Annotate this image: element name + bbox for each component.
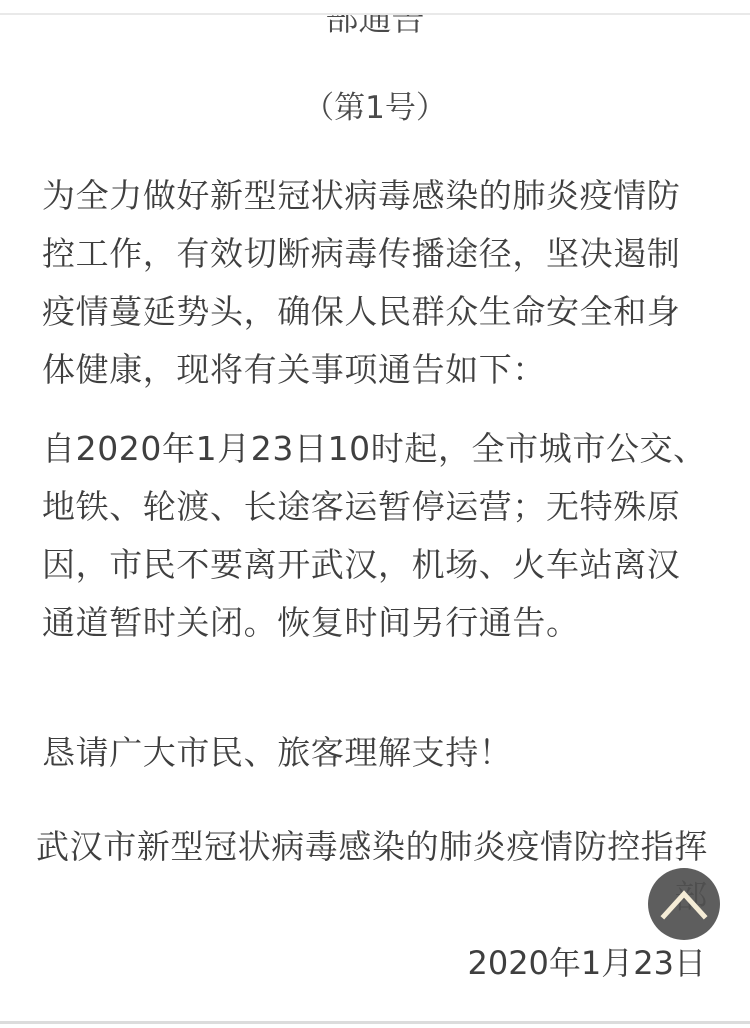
paragraph-intro: 为全力做好新型冠状病毒感染的肺炎疫情防控工作，有效切断病毒传播途径，坚决遏制疫情… <box>42 167 712 399</box>
back-to-top-button[interactable] <box>648 868 720 940</box>
paragraph-measures: 自2020年1月23日10时起，全市城市公交、地铁、轮渡、长途客运暂停运营；无特… <box>42 420 712 652</box>
notice-number: （第1号） <box>0 86 750 130</box>
notice-title: 部通告 <box>0 15 750 37</box>
title-clip: 部通告 <box>0 15 750 37</box>
paragraph-appeal: 恳请广大市民、旅客理解支持！ <box>42 724 712 782</box>
chevron-up-icon <box>659 886 709 922</box>
bottom-divider <box>0 1021 750 1024</box>
signature: 武汉市新型冠状病毒感染的肺炎疫情防控指挥部 <box>28 822 708 922</box>
notice-date: 2020年1月23日 <box>467 938 706 988</box>
